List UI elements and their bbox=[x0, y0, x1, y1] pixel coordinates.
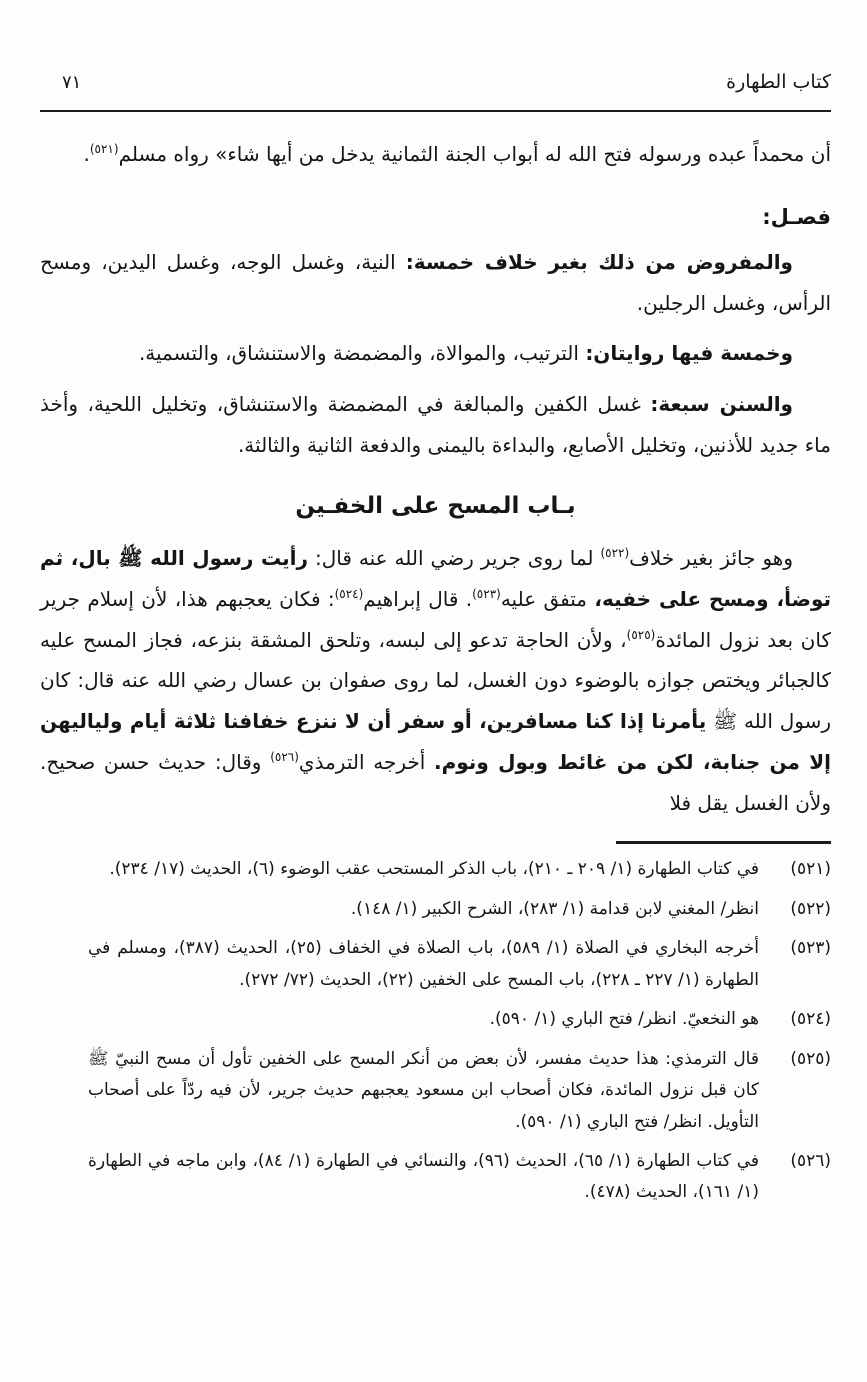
paragraph-hadith-conclusion: أن محمداً عبده ورسوله فتح الله له أبواب … bbox=[40, 134, 831, 175]
paragraph-obligations: والمفروض من ذلك بغير خلاف خمسة: النية، و… bbox=[40, 242, 831, 324]
footnote-marker: (٥٢٣) bbox=[472, 587, 501, 601]
footnote-number: (٥٢٢) bbox=[769, 894, 831, 925]
chapter-heading-wiping-khuffayn: بـاب المسح على الخفـين bbox=[40, 490, 831, 522]
body-text: أن محمداً عبده ورسوله فتح الله له أبواب … bbox=[119, 142, 831, 166]
footnote-text: في كتاب الطهارة (١/ ٢٠٩ ـ ٢١٠)، باب الذك… bbox=[88, 854, 759, 885]
footnote-marker: (٥٢١) bbox=[90, 142, 119, 156]
footnote: (٥٢٣)أخرجه البخاري في الصلاة (١/ ٥٨٩)، ب… bbox=[40, 933, 831, 996]
emphasized-text: والسنن سبعة: bbox=[650, 392, 793, 416]
body-text: متفق عليه bbox=[501, 587, 595, 611]
footnote-text: قال الترمذي: هذا حديث مفسر، لأن بعض من أ… bbox=[88, 1044, 759, 1138]
emphasized-text: والمفروض من ذلك بغير خلاف خمسة: bbox=[406, 250, 793, 274]
footnote-marker: (٥٢٦) bbox=[270, 750, 299, 764]
header-rule bbox=[40, 110, 831, 112]
footnote: (٥٢٥)قال الترمذي: هذا حديث مفسر، لأن بعض… bbox=[40, 1044, 831, 1138]
footnote-divider bbox=[616, 841, 831, 844]
page-header: كتاب الطهارة ٧١ bbox=[40, 70, 831, 96]
body-text: الترتيب، والموالاة، والمضمضة والاستنشاق،… bbox=[139, 341, 585, 365]
footnote-number: (٥٢٦) bbox=[769, 1146, 831, 1209]
emphasized-text: وخمسة فيها روايتان: bbox=[585, 341, 793, 365]
body-text: لما روى جرير رضي الله عنه قال: bbox=[308, 546, 600, 570]
body-text: . قال إبراهيم bbox=[363, 587, 472, 611]
footnote: (٥٢٤)هو النخعيّ. انظر/ فتح الباري (١/ ٥٩… bbox=[40, 1004, 831, 1035]
body-text: أخرجه الترمذي bbox=[299, 750, 434, 774]
chapter-running-title: كتاب الطهارة bbox=[726, 70, 831, 96]
footnote-marker: (٥٢٥) bbox=[627, 628, 656, 642]
body-text: وهو جائز بغير خلاف bbox=[629, 546, 793, 570]
footnote-number: (٥٢٣) bbox=[769, 933, 831, 996]
page-content: كتاب الطهارة ٧١ أن محمداً عبده ورسوله فت… bbox=[0, 0, 867, 1209]
footnote-number: (٥٢٥) bbox=[769, 1044, 831, 1138]
paragraph-seven-sunan: والسنن سبعة: غسل الكفين والمبالغة في الم… bbox=[40, 384, 831, 466]
footnote-number: (٥٢٤) bbox=[769, 1004, 831, 1035]
paragraph-wiping-khuffayn-body: وهو جائز بغير خلاف(٥٢٢) لما روى جرير رضي… bbox=[40, 538, 831, 824]
footnote: (٥٢٦)في كتاب الطهارة (١/ ٦٥)، الحديث (٩٦… bbox=[40, 1146, 831, 1209]
footnote-marker: (٥٢٤) bbox=[335, 587, 364, 601]
book-page: كتاب الطهارة ٧١ أن محمداً عبده ورسوله فت… bbox=[0, 0, 867, 1382]
footnote: (٥٢١)في كتاب الطهارة (١/ ٢٠٩ ـ ٢١٠)، باب… bbox=[40, 854, 831, 885]
footnote-text: في كتاب الطهارة (١/ ٦٥)، الحديث (٩٦)، وا… bbox=[88, 1146, 759, 1209]
footnote-text: أخرجه البخاري في الصلاة (١/ ٥٨٩)، باب ال… bbox=[88, 933, 759, 996]
section-heading-fasl: فصـل: bbox=[40, 204, 831, 231]
paragraph-two-narrations: وخمسة فيها روايتان: الترتيب، والموالاة، … bbox=[40, 333, 831, 374]
footnotes-section: (٥٢١)في كتاب الطهارة (١/ ٢٠٩ ـ ٢١٠)، باب… bbox=[40, 854, 831, 1208]
footnote-number: (٥٢١) bbox=[769, 854, 831, 885]
footnote: (٥٢٢)انظر/ المغني لابن قدامة (١/ ٢٨٣)، ا… bbox=[40, 894, 831, 925]
footnote-text: انظر/ المغني لابن قدامة (١/ ٢٨٣)، الشرح … bbox=[88, 894, 759, 925]
page-number: ٧١ bbox=[40, 71, 81, 95]
footnote-marker: (٥٢٢) bbox=[600, 546, 629, 560]
footnote-text: هو النخعيّ. انظر/ فتح الباري (١/ ٥٩٠). bbox=[88, 1004, 759, 1035]
